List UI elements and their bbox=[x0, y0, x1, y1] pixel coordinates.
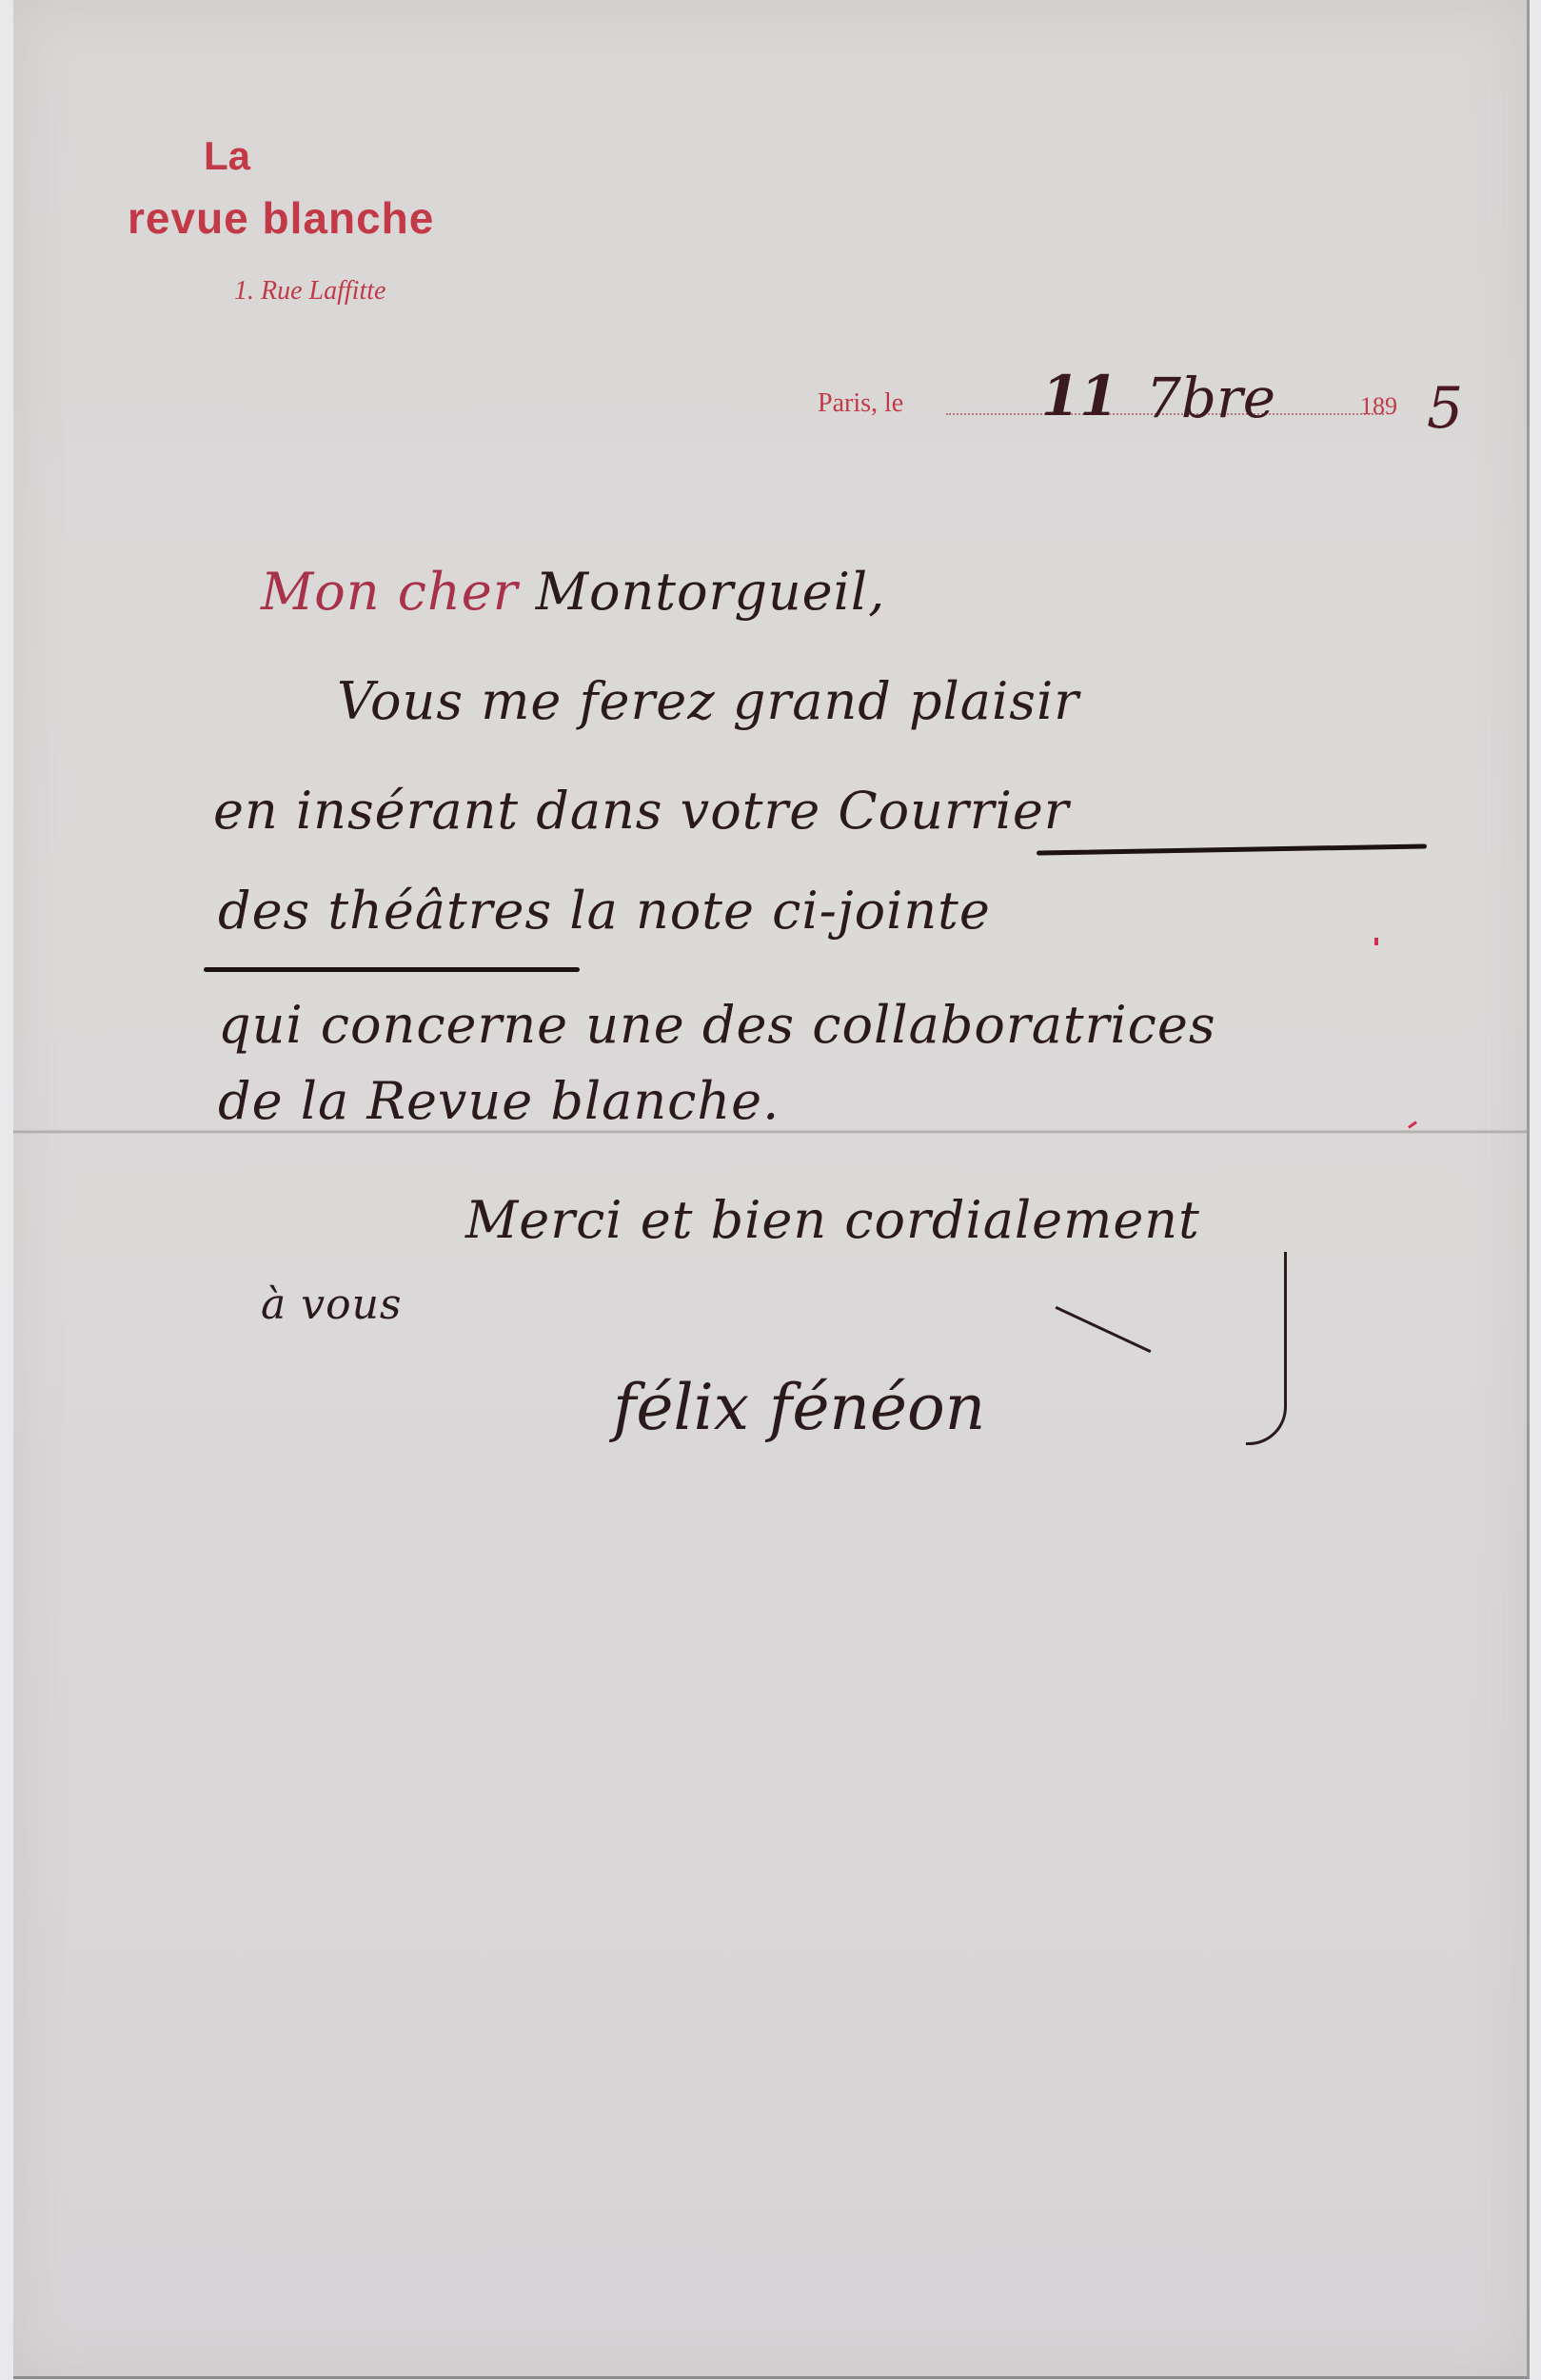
letterhead-title: revue blanche bbox=[128, 192, 434, 244]
signature-flourish bbox=[1246, 1252, 1287, 1445]
underline-courrier bbox=[1037, 843, 1427, 855]
signature-flourish-stroke bbox=[1056, 1306, 1152, 1353]
salutation-recipient: Montorgueil, bbox=[536, 562, 886, 622]
red-ink-mark bbox=[1374, 938, 1378, 945]
date-handwritten-month: 7bre bbox=[1146, 366, 1275, 430]
dateline: Paris, le 189 11 7bre 5 bbox=[818, 381, 1465, 438]
letter-line: en insérant dans votre Courrier bbox=[213, 781, 1070, 841]
date-handwritten-day: 11 bbox=[1041, 364, 1118, 428]
letterhead-la: La bbox=[204, 133, 250, 179]
letter-line: des théâtres la note ci-jointe bbox=[218, 881, 991, 941]
date-printed-year: 189 bbox=[1360, 392, 1397, 421]
salutation-greeting: Mon cher bbox=[261, 562, 519, 622]
letter-sheet: La revue blanche 1. Rue Laffitte Paris, … bbox=[13, 0, 1530, 2379]
underline-theatres bbox=[204, 967, 580, 972]
letter-line: Vous me ferez grand plaisir bbox=[337, 671, 1079, 731]
letter-line: qui concerne une des collaboratrices bbox=[218, 995, 1216, 1055]
closing-line: Merci et bien cordialement bbox=[465, 1190, 1200, 1250]
date-handwritten-year-digit: 5 bbox=[1427, 375, 1463, 442]
signature: félix fénéon bbox=[613, 1371, 985, 1444]
salutation: Mon cher Montorgueil, bbox=[261, 562, 885, 622]
closing-line: à vous bbox=[261, 1280, 402, 1329]
date-printed-label: Paris, le bbox=[818, 388, 903, 419]
letterhead-address: 1. Rue Laffitte bbox=[234, 276, 385, 307]
red-ink-mark bbox=[1408, 1121, 1417, 1128]
letter-line: de la Revue blanche. bbox=[218, 1071, 780, 1131]
